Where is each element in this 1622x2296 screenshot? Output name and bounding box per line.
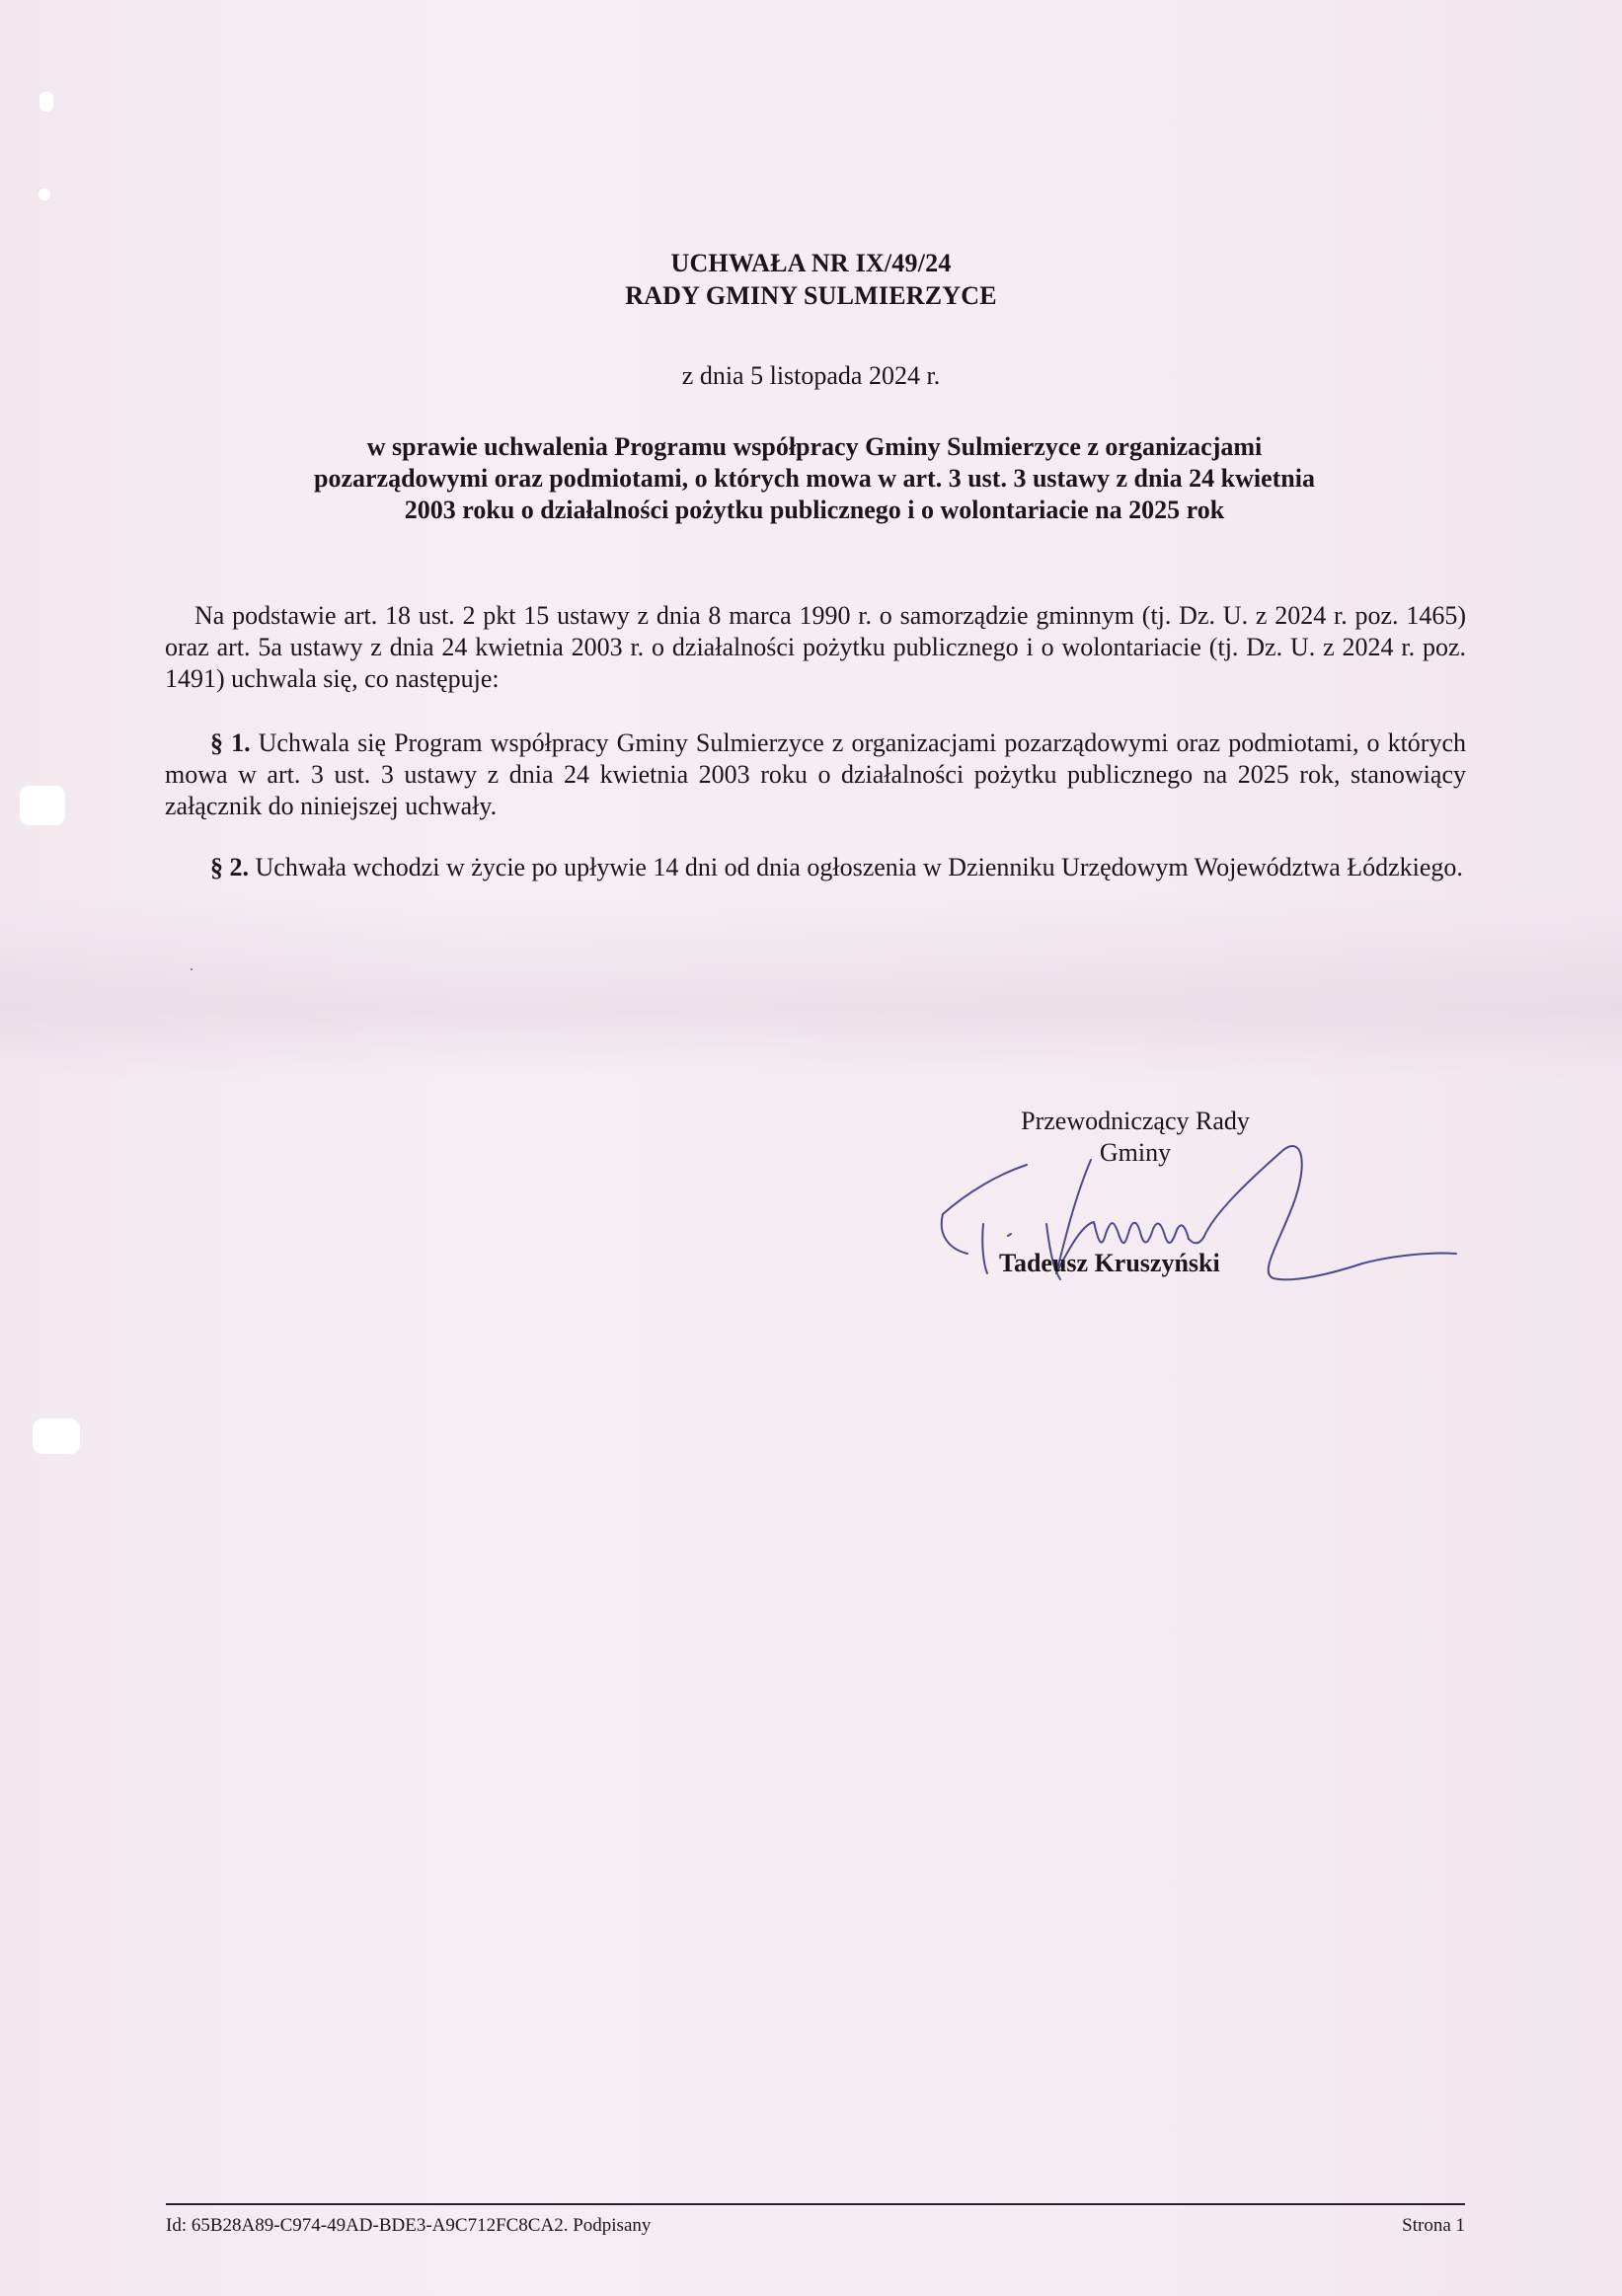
resolution-date: z dnia 5 listopada 2024 r. xyxy=(0,359,1622,392)
punch-hole-top xyxy=(39,92,53,112)
section-2-paragraph: § 2. Uchwała wchodzi w życie po upływie … xyxy=(165,852,1466,883)
section-1-paragraph: § 1. Uchwala się Program współpracy Gmin… xyxy=(165,727,1466,822)
punch-hole-top-small xyxy=(39,189,50,200)
subject-line-2: pozarządowymi oraz podmiotami, o których… xyxy=(188,463,1441,495)
resolution-number: UCHWAŁA NR IX/49/24 xyxy=(0,247,1622,279)
resolution-header: UCHWAŁA NR IX/49/24 RADY GMINY SULMIERZY… xyxy=(0,247,1622,312)
subject-line-3: 2003 roku o działalności pożytku publicz… xyxy=(188,495,1441,526)
resolution-date-block: z dnia 5 listopada 2024 r. xyxy=(0,359,1622,392)
subject-line-1: w sprawie uchwalenia Programu współpracy… xyxy=(188,431,1441,463)
section-2-mark: § 2. xyxy=(210,853,249,881)
legal-basis-paragraph: Na podstawie art. 18 ust. 2 pkt 15 ustaw… xyxy=(165,600,1466,695)
resolution-subject: w sprawie uchwalenia Programu współpracy… xyxy=(188,431,1441,526)
section-2-text: Uchwała wchodzi w życie po upływie 14 dn… xyxy=(249,853,1463,881)
section-1-mark: § 1. xyxy=(210,728,251,757)
footer-divider xyxy=(166,2203,1465,2205)
punch-hole-lower xyxy=(33,1418,80,1454)
signatory-name: Tadeusz Kruszyński xyxy=(999,1248,1220,1279)
punch-hole-middle xyxy=(20,786,65,825)
page-number: Strona 1 xyxy=(1402,2214,1465,2238)
council-name: RADY GMINY SULMIERZYCE xyxy=(0,279,1622,312)
document-id: Id: 65B28A89-C974-49AD-BDE3-A9C712FC8CA2… xyxy=(166,2214,651,2238)
scan-speck xyxy=(191,968,193,970)
section-1-text: Uchwala się Program współpracy Gminy Sul… xyxy=(165,728,1466,820)
